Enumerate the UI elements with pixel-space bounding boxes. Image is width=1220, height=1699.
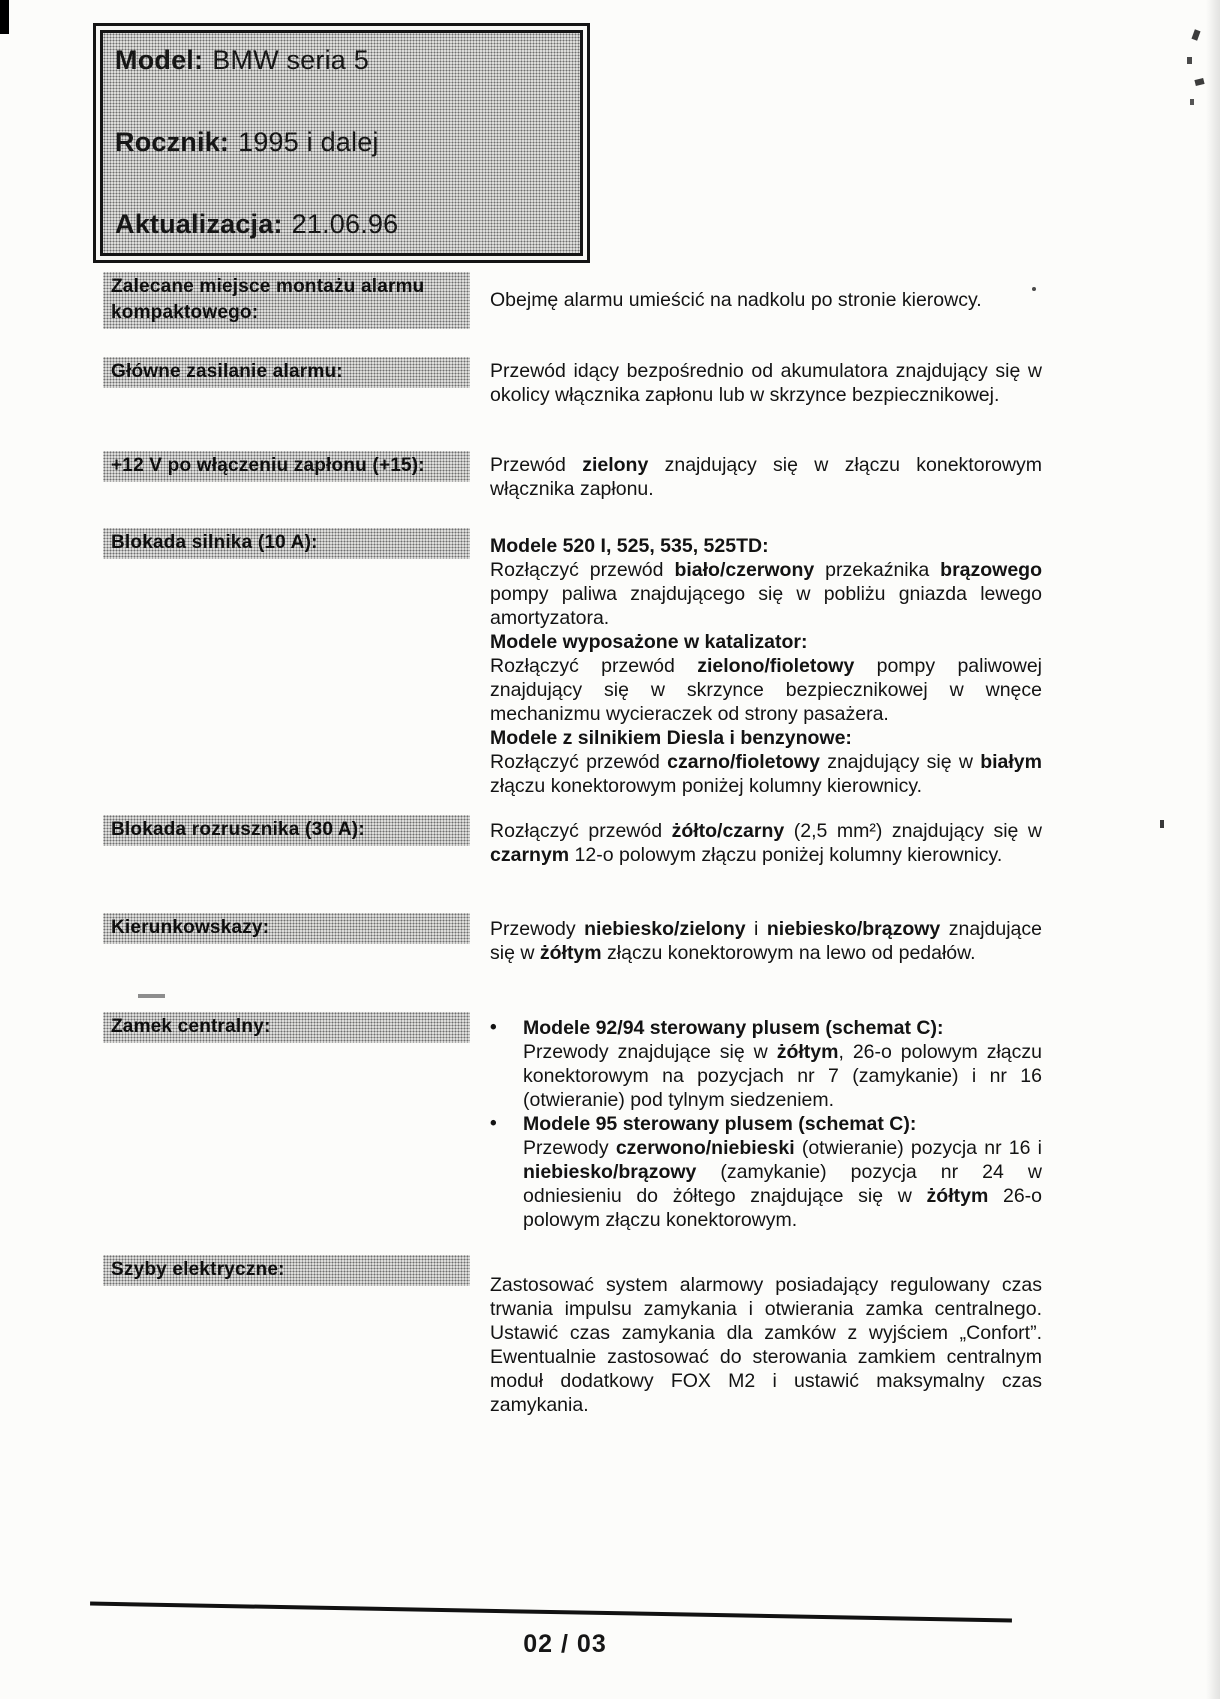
model-heading: Modele 95 sterowany plusem (schemat C): <box>523 1112 1042 1136</box>
model-label: Model: <box>115 45 203 75</box>
section-content-kierunkowskazy: Przewody niebiesko/zielony i niebiesko/b… <box>490 917 1042 965</box>
section-content-szyby-elektryczne: Zastosować system alarmowy posiadający r… <box>490 1273 1042 1417</box>
model-heading: Modele 92/94 sterowany plusem (schemat C… <box>523 1016 1042 1040</box>
paragraph: Zastosować system alarmowy posiadający r… <box>490 1273 1042 1417</box>
scan-artifact-corner <box>0 0 9 34</box>
section-label-szyby-elektryczne: Szyby elektryczne: <box>103 1255 470 1286</box>
paragraph: Przewody niebiesko/zielony i niebiesko/b… <box>490 917 1042 965</box>
section-content-blokada-rozrusznika: Rozłączyć przewód żółto/czarny (2,5 mm²)… <box>490 819 1042 867</box>
page-number: 02 / 03 <box>90 1630 1040 1659</box>
model-row: Model:BMW seria 5 <box>115 45 369 75</box>
rocznik-label: Rocznik: <box>115 127 229 157</box>
section-label-zalecane-miejsce: Zalecane miejsce montażu alarmu kompakto… <box>103 272 470 329</box>
scan-artifact-smudge <box>1194 78 1204 86</box>
section-label-glowne-zasilanie: Główne zasilanie alarmu: <box>103 357 470 388</box>
rocznik-row: Rocznik:1995 i dalej <box>115 127 379 157</box>
aktualizacja-value: 21.06.96 <box>292 209 399 239</box>
scan-artifact-smudge <box>1160 820 1164 828</box>
paragraph: Przewód idący bezpośrednio od akumulator… <box>490 359 1042 407</box>
scan-artifact-smudge <box>1191 29 1200 40</box>
section-content-glowne-zasilanie: Przewód idący bezpośrednio od akumulator… <box>490 359 1042 407</box>
scan-artifact-dash <box>138 994 165 998</box>
section-content-plus12v-zaplon: Przewód zielony znajdujący się w złączu … <box>490 453 1042 501</box>
scan-edge-shadow <box>1206 0 1220 1699</box>
paragraph: Rozłączyć przewód biało/czerwony przekaź… <box>490 558 1042 630</box>
vehicle-info-box-inner: Model:BMW seria 5 Rocznik:1995 i dalej A… <box>100 30 583 256</box>
section-label-plus12v-zaplon: +12 V po włączeniu zapłonu (+15): <box>103 451 470 482</box>
model-value: BMW seria 5 <box>212 45 369 75</box>
rocznik-value: 1995 i dalej <box>238 127 379 157</box>
scanned-document-page: Model:BMW seria 5 Rocznik:1995 i dalej A… <box>0 0 1220 1699</box>
section-label-blokada-rozrusznika: Blokada rozrusznika (30 A): <box>103 815 470 846</box>
paragraph: Przewody czerwono/niebieski (otwieranie)… <box>523 1136 1042 1232</box>
model-heading: Modele 520 I, 525, 535, 525TD: <box>490 534 1042 558</box>
scan-artifact-smudge <box>1187 57 1192 64</box>
paragraph: Przewód zielony znajdujący się w złączu … <box>490 453 1042 501</box>
bullet-body: Modele 95 sterowany plusem (schemat C): … <box>523 1112 1042 1232</box>
paragraph: Rozłączyć przewód czarno/fioletowy znajd… <box>490 750 1042 798</box>
section-label-blokada-silnika: Blokada silnika (10 A): <box>103 528 470 559</box>
aktualizacja-label: Aktualizacja: <box>115 209 283 239</box>
bullet-item: • Modele 95 sterowany plusem (schemat C)… <box>490 1112 1042 1232</box>
paragraph: Przewody znajdujące się w żółtym, 26-o p… <box>523 1040 1042 1112</box>
bullet-icon: • <box>490 1112 523 1232</box>
vehicle-info-box: Model:BMW seria 5 Rocznik:1995 i dalej A… <box>93 23 590 263</box>
aktualizacja-row: Aktualizacja:21.06.96 <box>115 209 398 239</box>
section-content-zamek-centralny: • Modele 92/94 sterowany plusem (schemat… <box>490 1016 1042 1232</box>
bullet-item: • Modele 92/94 sterowany plusem (schemat… <box>490 1016 1042 1112</box>
model-heading: Modele z silnikiem Diesla i benzynowe: <box>490 726 1042 750</box>
bullet-icon: • <box>490 1016 523 1112</box>
section-label-zamek-centralny: Zamek centralny: <box>103 1012 470 1043</box>
footer-rule <box>90 1602 1012 1623</box>
scan-artifact-smudge <box>1190 99 1194 105</box>
section-content-zalecane-miejsce: Obejmę alarmu umieścić na nadkolu po str… <box>490 288 1042 312</box>
bullet-body: Modele 92/94 sterowany plusem (schemat C… <box>523 1016 1042 1112</box>
paragraph: Obejmę alarmu umieścić na nadkolu po str… <box>490 288 1042 312</box>
paragraph: Rozłączyć przewód żółto/czarny (2,5 mm²)… <box>490 819 1042 867</box>
section-content-blokada-silnika: Modele 520 I, 525, 535, 525TD: Rozłączyć… <box>490 534 1042 798</box>
paragraph: Rozłączyć przewód zielono/fioletowy pomp… <box>490 654 1042 726</box>
model-heading: Modele wyposażone w katalizator: <box>490 630 1042 654</box>
section-label-kierunkowskazy: Kierunkowskazy: <box>103 913 470 944</box>
